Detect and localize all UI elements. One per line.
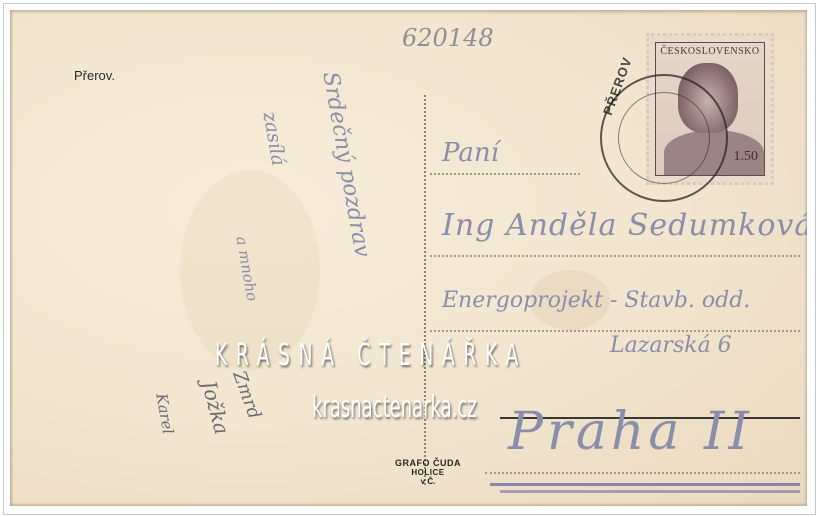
postmark-inner-ring (618, 92, 710, 184)
divider-line (424, 95, 426, 485)
signature-1: Zmrd (228, 368, 265, 422)
printer-mark-line3: v Č. (388, 477, 468, 486)
stamp-country: ČESKOSLOVENSKO (656, 46, 764, 57)
postmark-icon: PŘEROV (600, 74, 728, 202)
address-line1: Energoprojekt - Stavb. odd. (442, 288, 750, 313)
message-line-1: Srdečný pozdrav (317, 70, 374, 259)
catalog-number: 620148 (402, 24, 494, 52)
address-line (485, 472, 800, 474)
address-salutation: Paní (442, 138, 499, 168)
printer-mark: GRAFO ČUDA HOLICE v Č. (388, 458, 468, 486)
signature-3: Karel (152, 392, 177, 436)
address-line (430, 330, 800, 332)
stamp-value: 1.50 (734, 149, 759, 165)
printed-place-name: Přerov. (74, 68, 115, 83)
address-line (430, 173, 580, 175)
address-name: Ing Anděla Sedumková (442, 208, 807, 243)
printer-mark-line1: GRAFO ČUDA (388, 458, 468, 468)
watermark-title: KRÁSNÁ ČTENÁŘKA (215, 338, 527, 373)
city-underline (490, 483, 800, 486)
city-underline (500, 490, 800, 493)
address-line2: Lazarská 6 (610, 333, 732, 358)
postcard: Přerov. 620148 Srdečný pozdrav zasílá a … (10, 10, 807, 506)
printer-mark-line2: HOLICE (388, 468, 468, 477)
address-city: Praha II (508, 402, 753, 462)
watermark-url: krasnactenarka.cz (312, 390, 477, 425)
address-line (430, 255, 800, 257)
message-line-2: zasílá (258, 110, 289, 168)
signature-2: Jožka (197, 378, 234, 437)
